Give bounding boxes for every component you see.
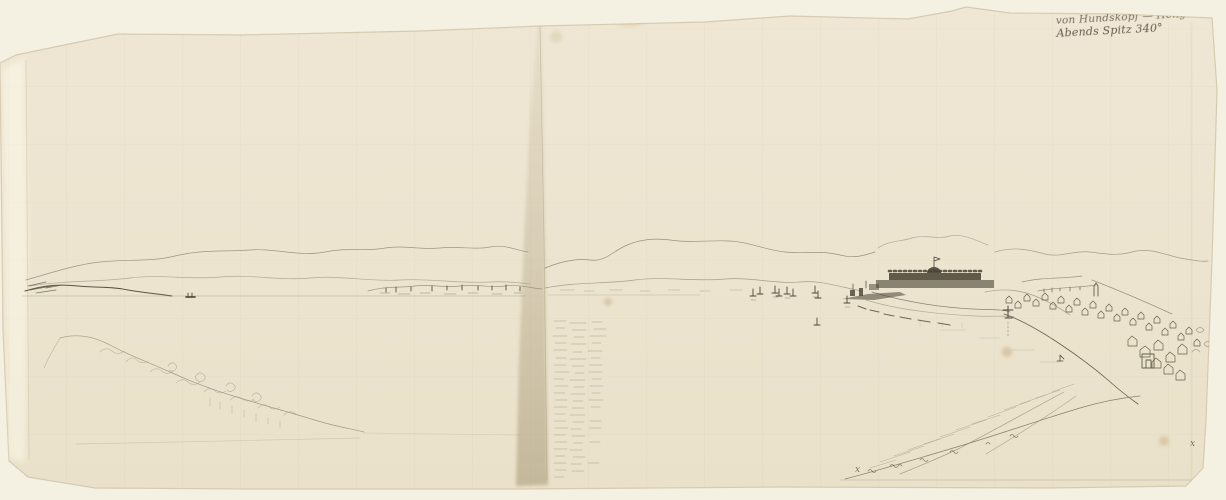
scanned-drawing: von Hundskopf — Hengelberg i. Mittelland…	[0, 0, 1226, 500]
drawing-canvas: von Hundskopf — Hengelberg i. Mittelland…	[0, 0, 1226, 500]
x-mark-left: x	[855, 465, 860, 475]
x-mark-right: x	[1190, 439, 1195, 449]
squared-grid	[0, 0, 1226, 500]
